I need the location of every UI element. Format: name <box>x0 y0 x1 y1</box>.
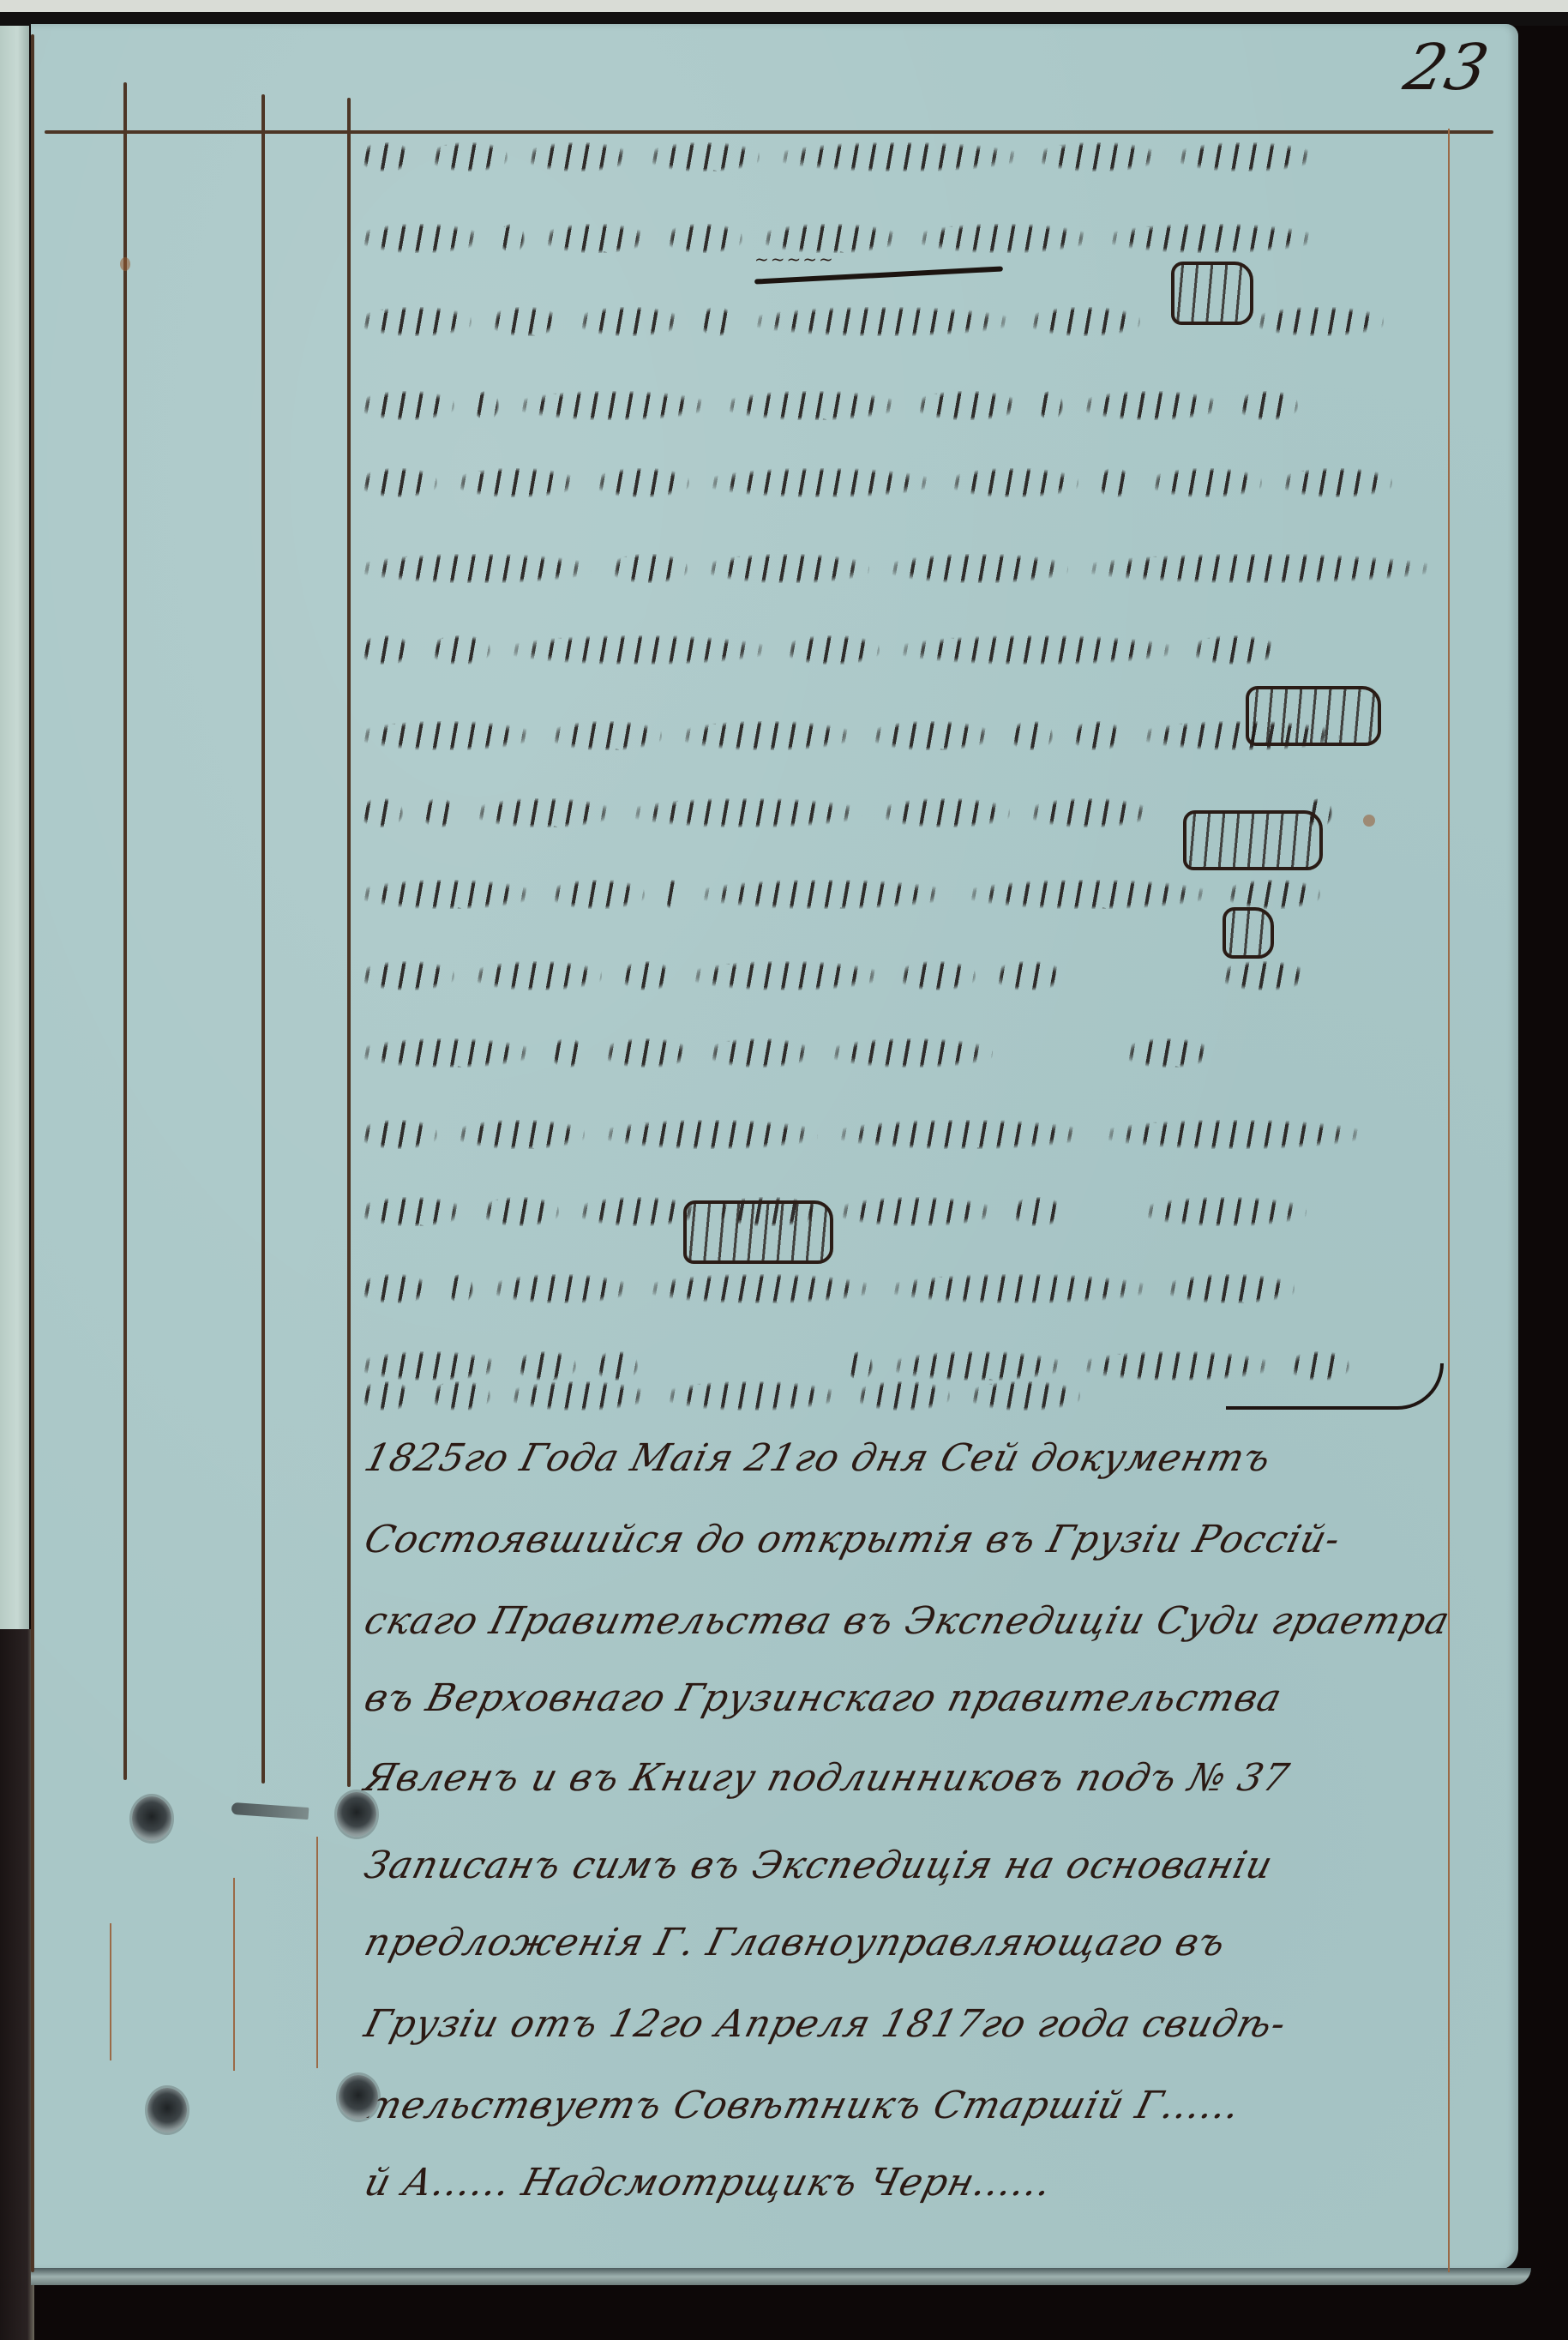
binding-hole <box>339 2075 378 2120</box>
georgian-line <box>360 1166 1466 1226</box>
binding-hole <box>337 1792 376 1837</box>
russian-line: предложенія Г. Главноуправляющаго въ <box>360 1921 1503 1964</box>
margin-rule-3 <box>347 98 351 1787</box>
interlinear-note: ~~~~~ <box>754 249 835 269</box>
russian-line: тельствуетъ Совѣтникъ Старшій Г...... <box>360 2084 1503 2127</box>
boxed-abbreviation <box>1223 907 1274 959</box>
binding-hole <box>147 2088 187 2132</box>
book-cover-edge <box>0 1629 34 2340</box>
russian-line: Состоявшийся до открытія въ Грузіи Россі… <box>360 1518 1503 1561</box>
russian-line: Явленъ и въ Книгу подлинниковъ подъ № 37 <box>360 1756 1503 1800</box>
georgian-line <box>360 1089 1466 1149</box>
margin-rule-1 <box>123 82 127 1780</box>
margin-rule-outer <box>31 34 34 2272</box>
georgian-line <box>360 1008 1466 1068</box>
georgian-line <box>360 276 1466 336</box>
margin-rule-1-lower <box>110 1923 111 2060</box>
stain <box>120 257 130 271</box>
boxed-abbreviation <box>1183 810 1323 870</box>
boxed-abbreviation <box>1171 262 1253 325</box>
georgian-line <box>360 605 1466 665</box>
margin-rule-2-lower <box>233 1878 235 2071</box>
russian-line: й А...... Надсмотрщикъ Черн...... <box>360 2161 1503 2205</box>
page-bottom-edge <box>31 2268 1531 2285</box>
boxed-abbreviation <box>683 1200 833 1264</box>
georgian-line <box>360 193 1466 253</box>
georgian-line <box>360 1243 1466 1303</box>
binding-hole <box>132 1796 171 1841</box>
russian-line: Записанъ симъ въ Экспедиція на основаніи <box>360 1844 1503 1887</box>
signature-flourish <box>1226 1363 1444 1410</box>
georgian-line <box>360 360 1466 420</box>
margin-rule-2 <box>261 94 265 1784</box>
scanner-top-strip <box>0 0 1568 12</box>
margin-rule-3-lower <box>316 1837 318 2068</box>
georgian-line <box>360 523 1466 583</box>
russian-line: въ Верховнаго Грузинскаго правительства <box>360 1676 1503 1720</box>
stain <box>1363 815 1375 827</box>
russian-line: Грузіи отъ 12го Апреля 1817го года свидѣ… <box>360 2002 1503 2046</box>
georgian-line <box>360 111 1466 171</box>
boxed-abbreviation <box>1246 686 1381 746</box>
georgian-line <box>360 437 1466 497</box>
russian-line: скаго Правительства въ Экспедиціи Суди г… <box>360 1599 1503 1643</box>
russian-line: 1825го Года Маія 21го дня Сей документъ <box>360 1436 1503 1480</box>
georgian-line <box>360 930 1466 990</box>
